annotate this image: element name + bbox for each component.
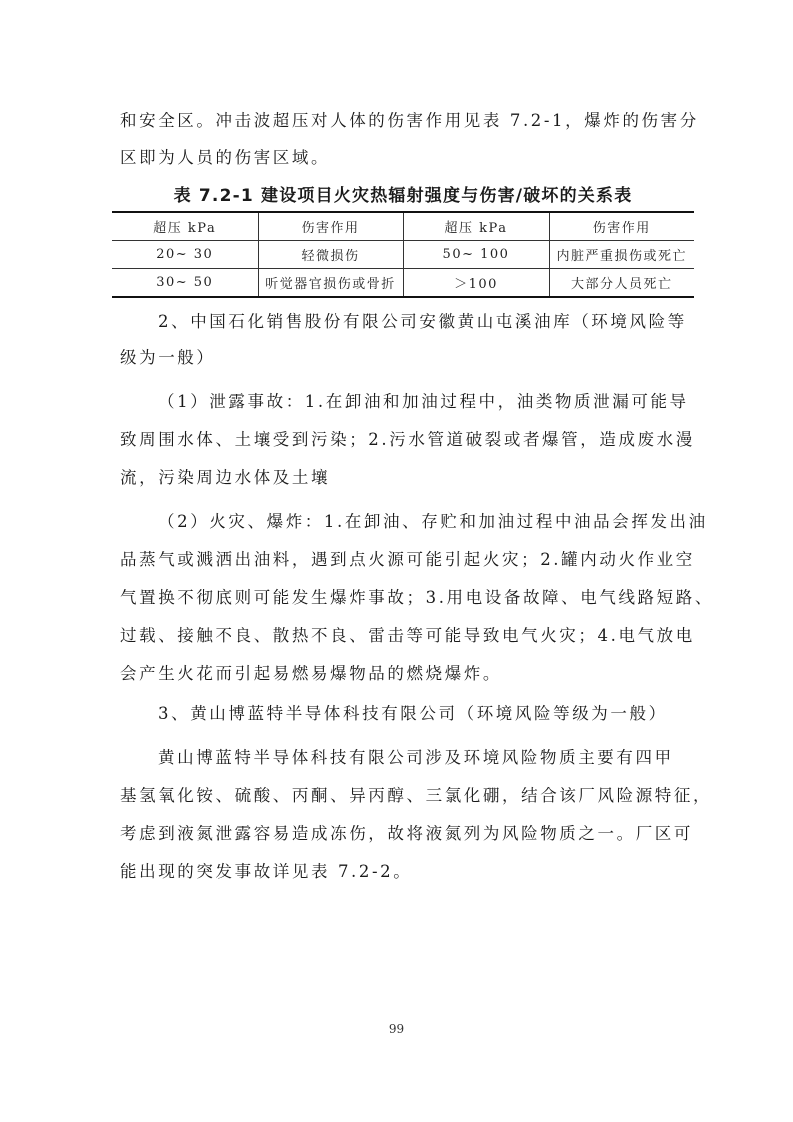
paragraph-line: 区即为人员的伤害区域。 [120,147,680,169]
paragraph-line: 流，污染周边水体及土壤 [120,467,680,489]
table-cell: 30~ 50 [112,269,258,298]
paragraph-line: 基氢氧化铵、硫酸、丙酮、异丙醇、三氯化硼，结合该厂风险源特征， [120,785,680,807]
table-row: 30~ 50 听觉器官损伤或骨折 ＞100 大部分人员死亡 [112,269,694,298]
table-cell: 20~ 30 [112,241,258,269]
table-cell: ＞100 [403,269,549,298]
table-cell: 轻微损伤 [258,241,403,269]
paragraph-line: 黄山博蓝特半导体科技有限公司涉及环境风险物质主要有四甲 [158,747,718,769]
table-header-cell: 伤害作用 [549,212,694,241]
paragraph-line: 级为一般） [120,347,680,369]
paragraph-line: 过载、接触不良、散热不良、雷击等可能导致电气火灾；4.电气放电 [120,625,680,647]
paragraph-line: （1）泄露事故：1.在卸油和加油过程中，油类物质泄漏可能导 [158,391,718,413]
section-heading: 2、中国石化销售股份有限公司安徽黄山屯溪油库（环境风险等 [158,311,718,333]
paragraph-line: 气置换不彻底则可能发生爆炸事故；3.用电设备故障、电气线路短路、 [120,587,680,609]
table-cell: 大部分人员死亡 [549,269,694,298]
table-row: 20~ 30 轻微损伤 50~ 100 内脏严重损伤或死亡 [112,241,694,269]
section-heading: 3、黄山博蓝特半导体科技有限公司（环境风险等级为一般） [158,703,718,725]
paragraph-line: 会产生火花而引起易燃易爆物品的燃烧爆炸。 [120,663,680,685]
table-cell: 听觉器官损伤或骨折 [258,269,403,298]
paragraph-line: 考虑到液氮泄露容易造成冻伤，故将液氮列为风险物质之一。厂区可 [120,823,680,845]
table-cell: 内脏严重损伤或死亡 [549,241,694,269]
paragraph-line: 品蒸气或溅洒出油料，遇到点火源可能引起火灾；2.罐内动火作业空 [120,549,680,571]
paragraph-line: 和安全区。冲击波超压对人体的伤害作用见表 7.2-1，爆炸的伤害分 [120,110,680,132]
paragraph-line: 能出现的突发事故详见表 7.2-2。 [120,861,680,883]
page-number: 99 [0,1022,793,1036]
table-header-cell: 超压 kPa [112,212,258,241]
table-header-cell: 超压 kPa [403,212,549,241]
table-header-cell: 伤害作用 [258,212,403,241]
paragraph-line: 致周围水体、土壤受到污染；2.污水管道破裂或者爆管，造成废水漫 [120,429,680,451]
table-cell: 50~ 100 [403,241,549,269]
overpressure-damage-table: 超压 kPa 伤害作用 超压 kPa 伤害作用 20~ 30 轻微损伤 50~ … [112,211,694,298]
paragraph-line: （2）火灾、爆炸：1.在卸油、存贮和加油过程中油品会挥发出油 [158,511,718,533]
table-caption: 表 7.2-1 建设项目火灾热辐射强度与伤害/破坏的关系表 [112,185,694,207]
table-header-row: 超压 kPa 伤害作用 超压 kPa 伤害作用 [112,212,694,241]
